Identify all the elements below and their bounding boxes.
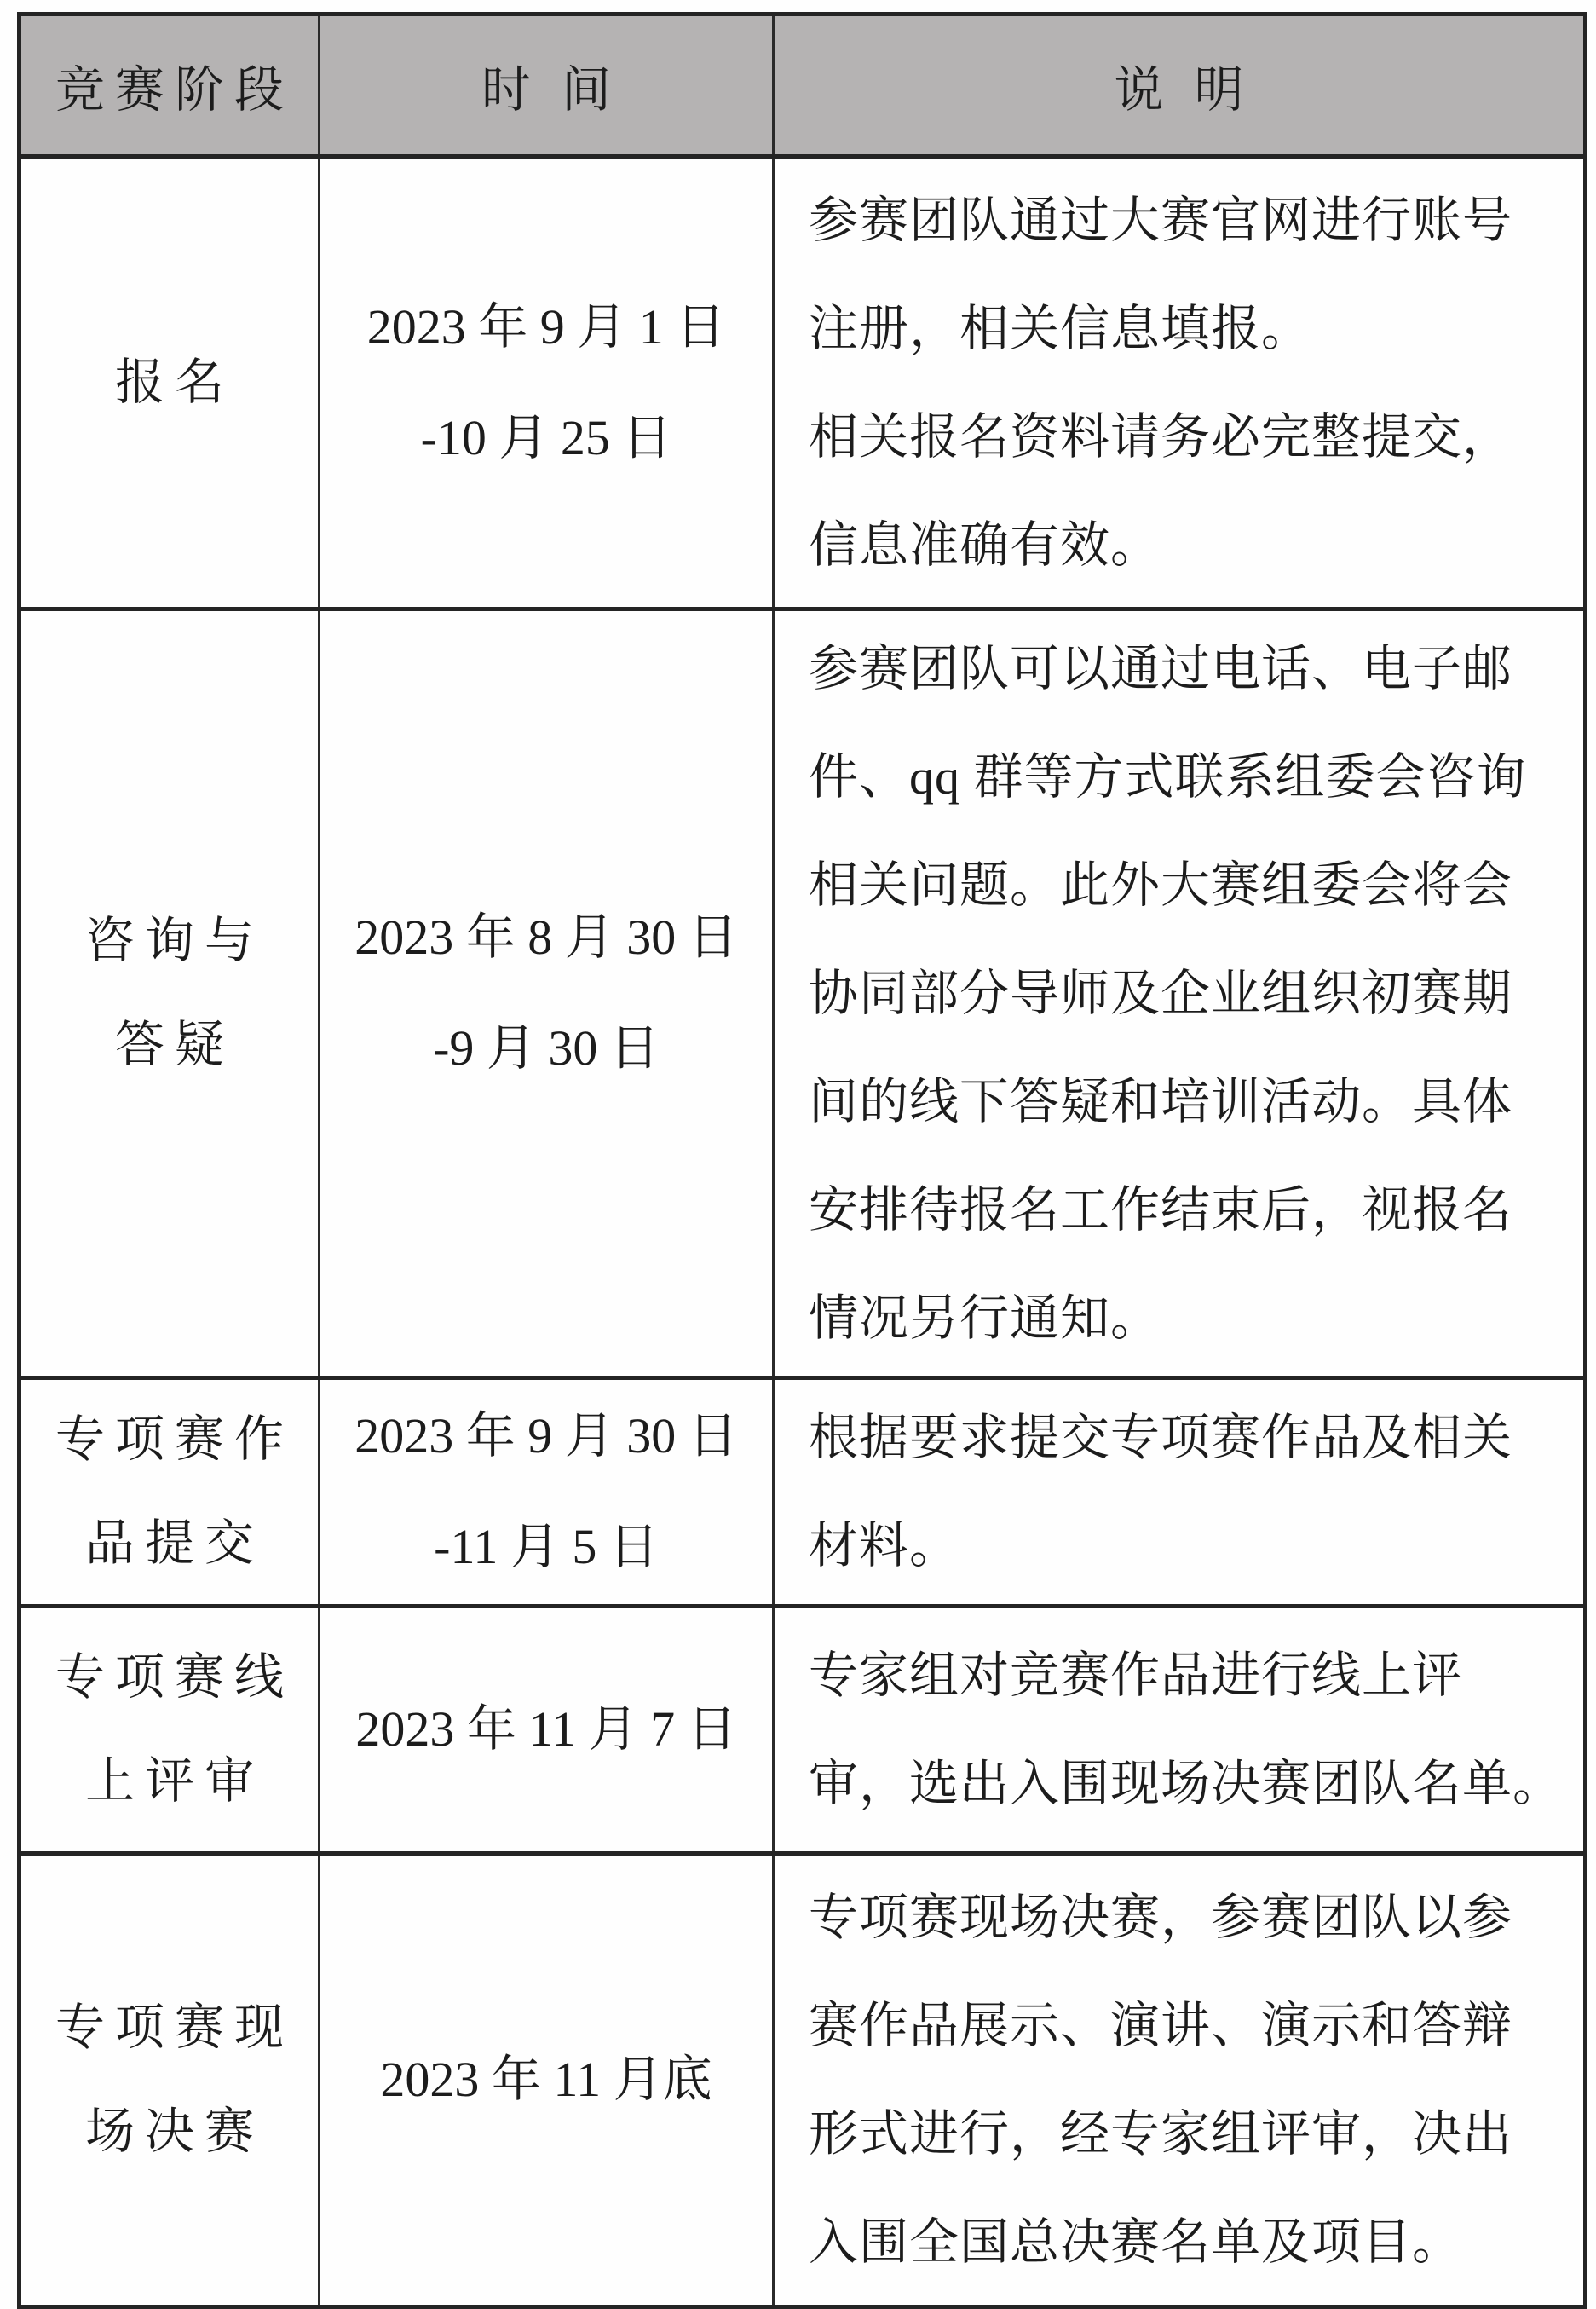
table-row: 专项赛线 上评审 2023 年 11 月 7 日 专家组对竞赛作品进行线上评 审…	[20, 1606, 1586, 1853]
table-row: 专项赛现 场决赛 2023 年 11 月底 专项赛现场决赛，参赛团队以参 赛作品…	[20, 1853, 1586, 2306]
time-cell: 2023 年 11 月 7 日	[320, 1606, 774, 1853]
table-row: 报名 2023 年 9 月 1 日 -10 月 25 日 参赛团队通过大赛官网进…	[20, 157, 1586, 609]
time-cell: 2023 年 8 月 30 日 -9 月 30 日	[320, 609, 774, 1377]
stage-cell: 专项赛线 上评审	[20, 1606, 320, 1853]
description-cell: 参赛团队可以通过电话、电子邮 件、qq 群等方式联系组委会咨询 相关问题。此外大…	[774, 609, 1586, 1377]
header-time: 时间	[320, 14, 774, 158]
description-cell: 根据要求提交专项赛作品及相关 材料。	[774, 1377, 1586, 1606]
time-cell: 2023 年 9 月 30 日 -11 月 5 日	[320, 1377, 774, 1606]
stage-cell: 专项赛现 场决赛	[20, 1853, 320, 2306]
description-cell: 参赛团队通过大赛官网进行账号 注册，相关信息填报。 相关报名资料请务必完整提交，…	[774, 157, 1586, 609]
description-cell: 专家组对竞赛作品进行线上评 审，选出入围现场决赛团队名单。	[774, 1606, 1586, 1853]
table-header-row: 竞赛阶段 时间 说明	[20, 14, 1586, 158]
table-row: 专项赛作 品提交 2023 年 9 月 30 日 -11 月 5 日 根据要求提…	[20, 1377, 1586, 1606]
header-description: 说明	[774, 14, 1586, 158]
table-row: 咨询与 答疑 2023 年 8 月 30 日 -9 月 30 日 参赛团队可以通…	[20, 609, 1586, 1377]
stage-cell: 专项赛作 品提交	[20, 1377, 320, 1606]
stage-cell: 报名	[20, 157, 320, 609]
description-cell: 专项赛现场决赛，参赛团队以参 赛作品展示、演讲、演示和答辩 形式进行，经专家组评…	[774, 1853, 1586, 2306]
stage-cell: 咨询与 答疑	[20, 609, 320, 1377]
competition-schedule-table: 竞赛阶段 时间 说明 报名 2023 年 9 月 1 日 -10 月 25 日 …	[17, 12, 1587, 2309]
time-cell: 2023 年 11 月底	[320, 1853, 774, 2306]
time-cell: 2023 年 9 月 1 日 -10 月 25 日	[320, 157, 774, 609]
header-stage: 竞赛阶段	[20, 14, 320, 158]
document-page: 竞赛阶段 时间 说明 报名 2023 年 9 月 1 日 -10 月 25 日 …	[0, 0, 1596, 2309]
